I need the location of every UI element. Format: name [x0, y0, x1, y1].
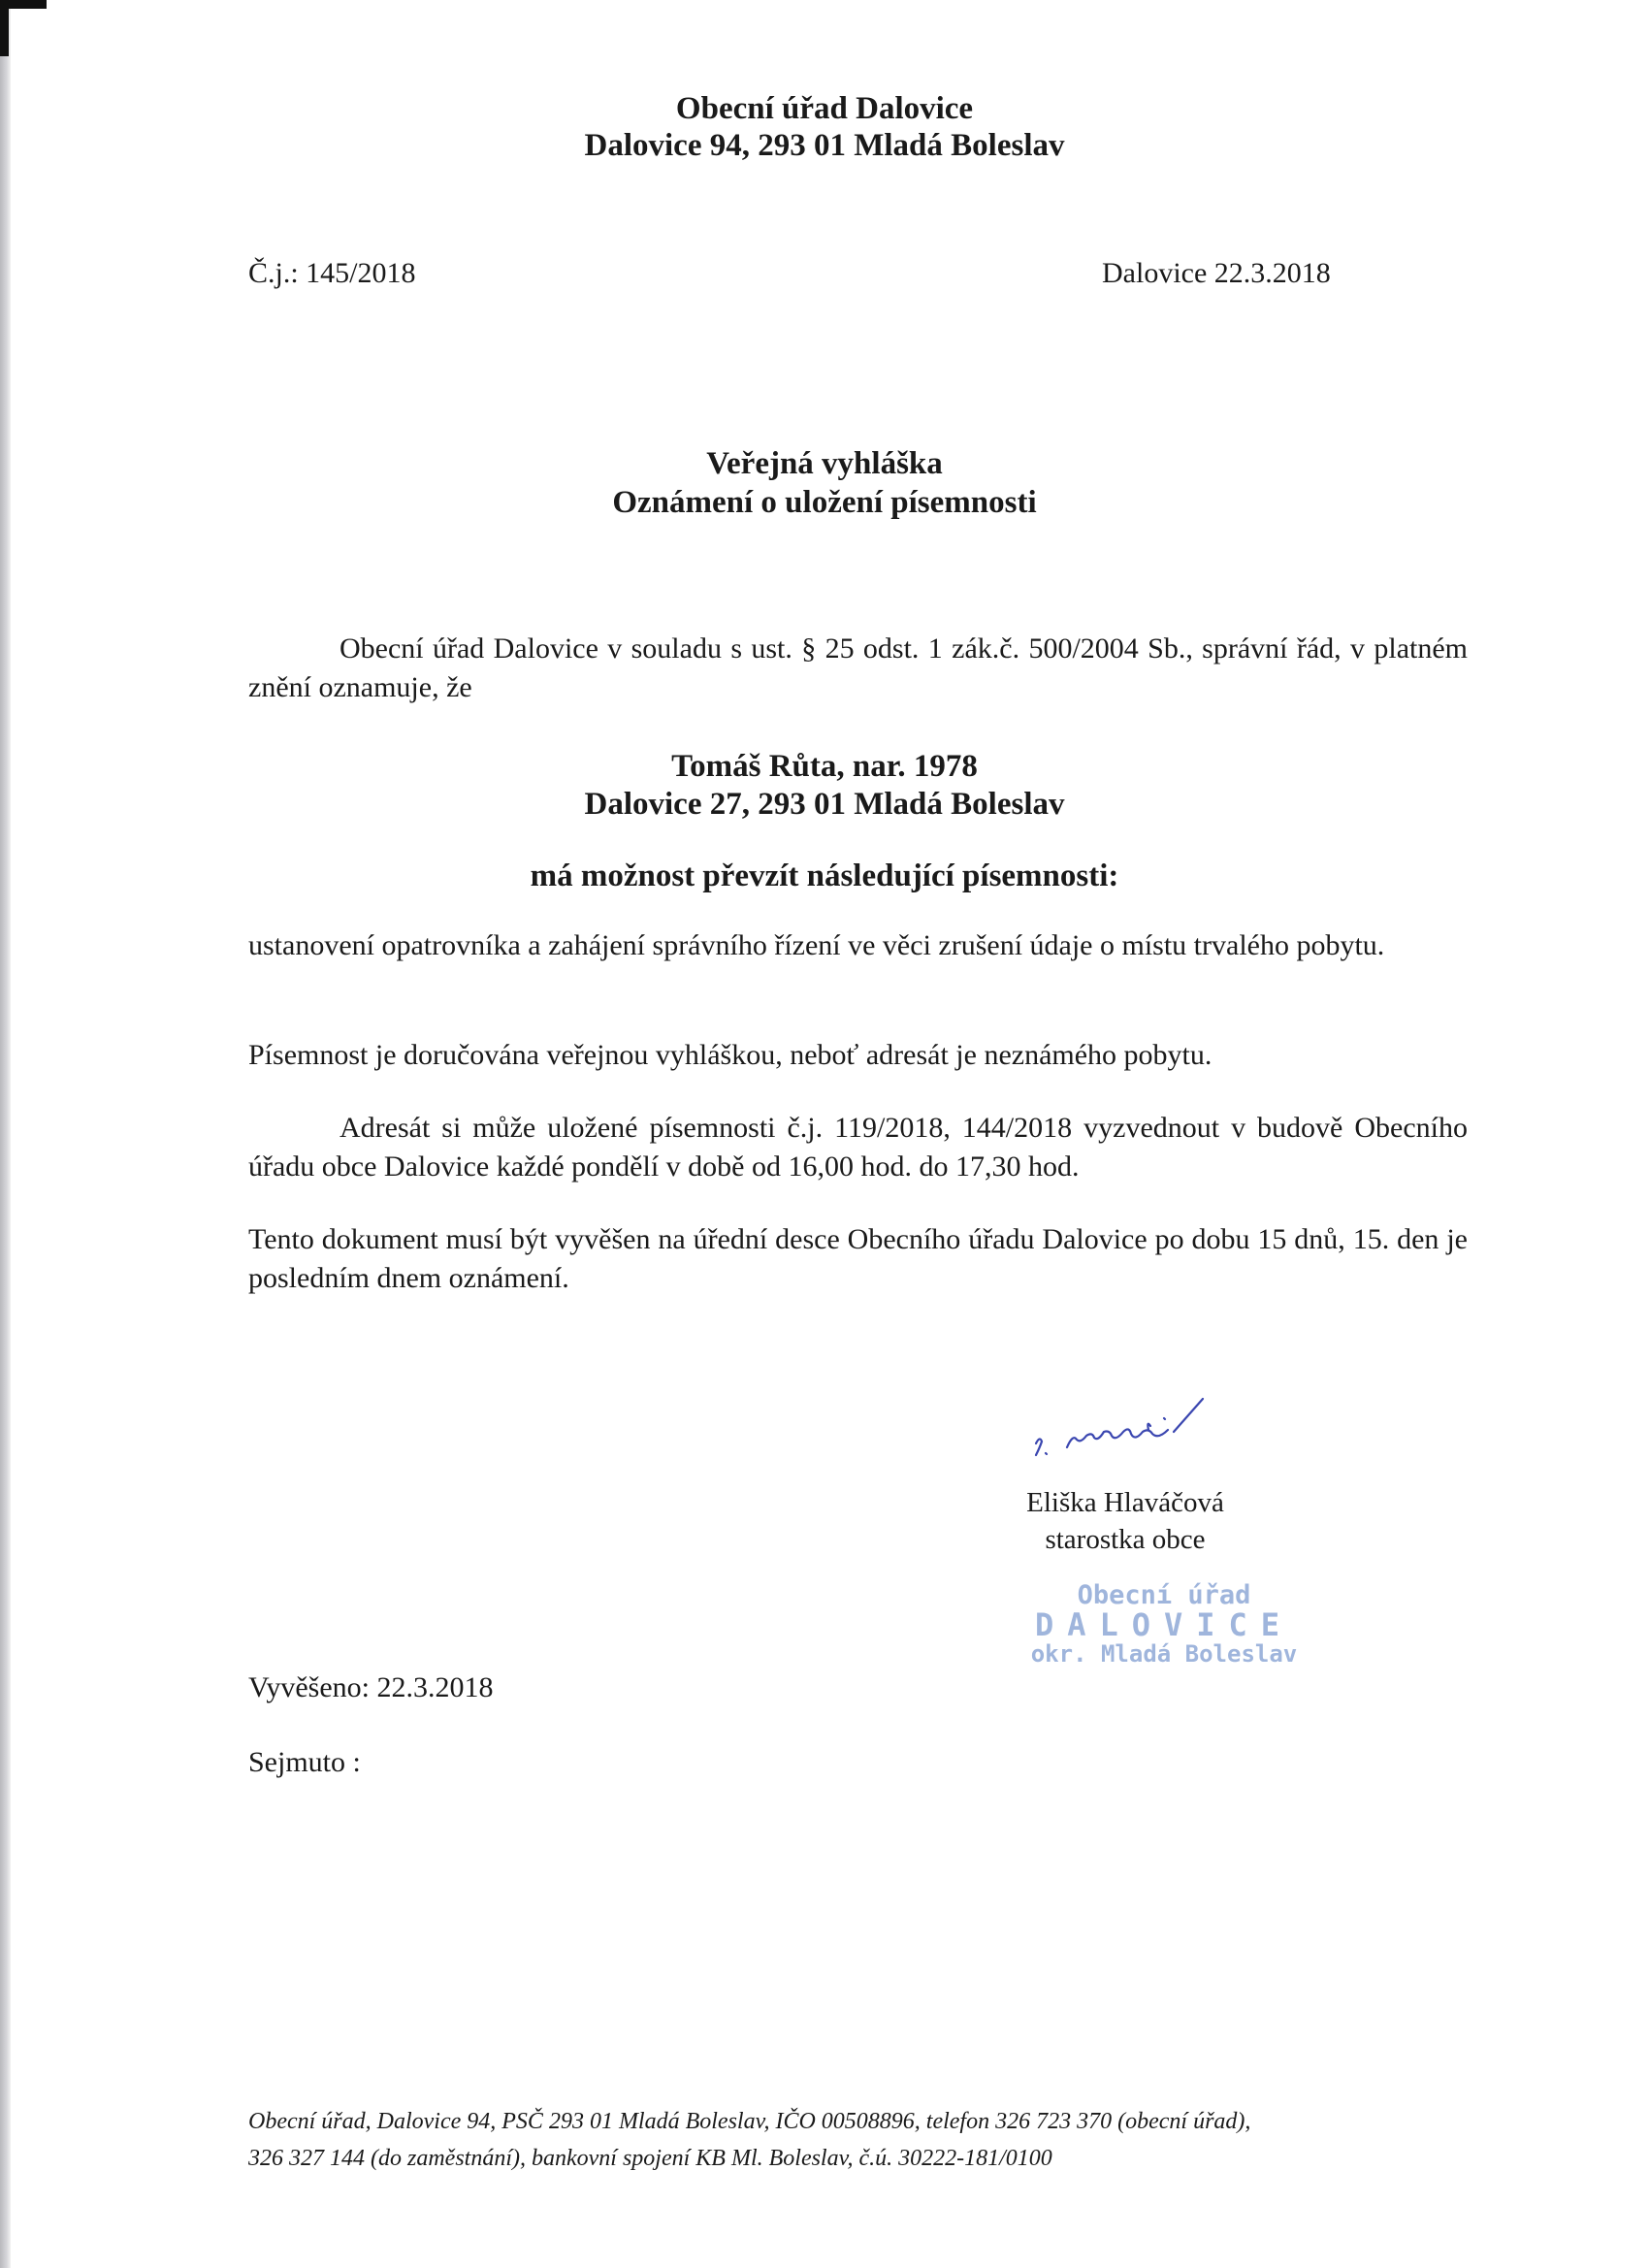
footer-line-2: 326 327 144 (do zaměstnání), bankovní sp… [248, 2140, 1052, 2177]
office-name: Obecní úřad Dalovice [0, 90, 1649, 127]
title-main: Veřejná vyhláška [0, 445, 1649, 482]
delivery-paragraph: Písemnost je doručována veřejnou vyhlášk… [248, 1036, 1468, 1075]
stamp-line-municipality: DALOVICE [1018, 1610, 1309, 1639]
signatory-name: Eliška Hlaváčová [989, 1484, 1261, 1521]
footer-line-1: Obecní úřad, Dalovice 94, PSČ 293 01 Mla… [248, 2103, 1250, 2140]
place-date: Dalovice 22.3.2018 [1102, 254, 1331, 293]
posted-date: Vyvěšeno: 22.3.2018 [248, 1669, 493, 1707]
scan-corner-mark [0, 0, 9, 56]
removed-date: Sejmuto : [248, 1743, 361, 1782]
title-sub: Oznámení o uložení písemnosti [0, 484, 1649, 521]
reference-number: Č.j.: 145/2018 [248, 254, 416, 293]
addressee-name: Tomáš Růta, nar. 1978 [0, 748, 1649, 785]
intro-paragraph: Obecní úřad Dalovice v souladu s ust. § … [248, 630, 1468, 707]
pickup-paragraph: Adresát si může uložené písemnosti č.j. … [248, 1109, 1468, 1186]
stamp-line-district: okr. Mladá Boleslav [1018, 1639, 1309, 1669]
handwritten-signature [1028, 1397, 1261, 1474]
signatory-role: starostka obce [989, 1521, 1261, 1558]
notice-heading: má možnost převzít následující písemnost… [0, 858, 1649, 894]
scan-edge-shadow [0, 0, 11, 2268]
posting-paragraph: Tento dokument musí být vyvěšen na úředn… [248, 1220, 1468, 1298]
documents-paragraph: ustanovení opatrovníka a zahájení správn… [248, 926, 1468, 965]
addressee-address: Dalovice 27, 293 01 Mladá Boleslav [0, 786, 1649, 823]
office-address: Dalovice 94, 293 01 Mladá Boleslav [0, 127, 1649, 164]
official-stamp: Obecní úřad DALOVICE okr. Mladá Boleslav [1018, 1581, 1309, 1669]
